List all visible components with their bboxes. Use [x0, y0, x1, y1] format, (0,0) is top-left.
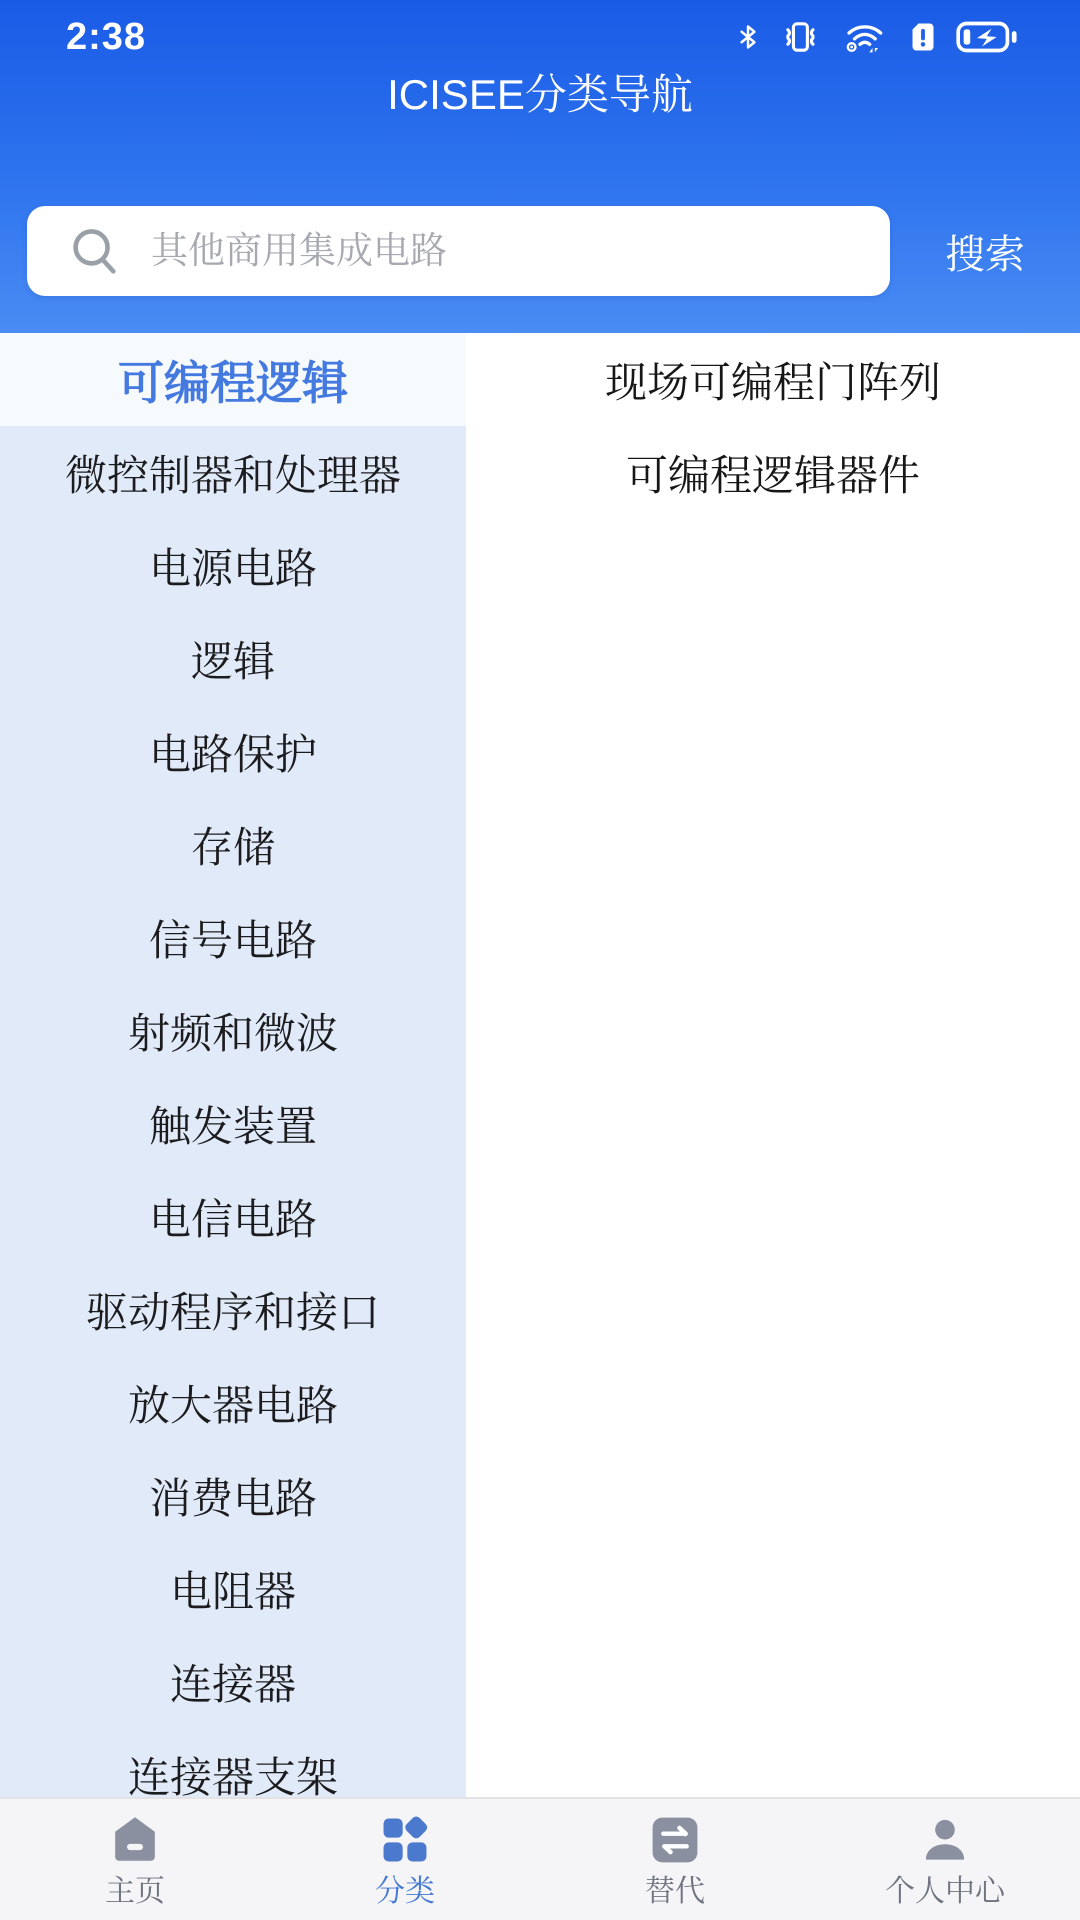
bottom-nav: 主页 分类 替代 [0, 1797, 1080, 1920]
header: 2:38 [0, 0, 1080, 333]
sidebar-item-connectors[interactable]: 连接器 [0, 1635, 466, 1728]
search-input[interactable] [149, 210, 870, 292]
sidebar-item-drivers-interfaces[interactable]: 驱动程序和接口 [0, 1263, 466, 1356]
bluetooth-icon [734, 17, 762, 57]
sidebar-item-programmable-logic[interactable]: 可编程逻辑 [0, 333, 466, 426]
home-icon [105, 1811, 165, 1869]
page-title: ICISEE分类导航 [0, 68, 1080, 122]
sidebar-item-amplifier-circuits[interactable]: 放大器电路 [0, 1356, 466, 1449]
grid-icon [375, 1811, 435, 1869]
sidebar-item-resistors[interactable]: 电阻器 [0, 1542, 466, 1635]
swap-icon [645, 1811, 705, 1869]
wifi-icon [838, 17, 890, 57]
subcategory-item-fpga[interactable]: 现场可编程门阵列 [466, 333, 1080, 426]
battery-charging-icon [956, 18, 1018, 56]
subcategory-panel: 现场可编程门阵列 可编程逻辑器件 [466, 333, 1080, 1797]
nav-item-substitute[interactable]: 替代 [540, 1799, 810, 1920]
status-time: 2:38 [66, 16, 146, 59]
nav-label-home: 主页 [105, 1876, 165, 1908]
category-sidebar: 可编程逻辑 微控制器和处理器 电源电路 逻辑 电路保护 存储 信号电路 射频和微… [0, 333, 466, 1797]
content-area: 可编程逻辑 微控制器和处理器 电源电路 逻辑 电路保护 存储 信号电路 射频和微… [0, 333, 1080, 1797]
status-bar: 2:38 [0, 8, 1080, 60]
sidebar-item-connector-brackets[interactable]: 连接器支架 [0, 1728, 466, 1797]
sidebar-item-consumer-circuits[interactable]: 消费电路 [0, 1449, 466, 1542]
sim-alert-icon [905, 17, 941, 57]
sidebar-item-power-circuits[interactable]: 电源电路 [0, 519, 466, 612]
subcategory-item-pld[interactable]: 可编程逻辑器件 [466, 426, 1080, 519]
nav-label-substitute: 替代 [645, 1876, 705, 1908]
person-icon [915, 1811, 975, 1869]
nav-label-category: 分类 [375, 1876, 435, 1908]
sidebar-item-circuit-protection[interactable]: 电路保护 [0, 705, 466, 798]
status-icons [734, 14, 1018, 60]
nav-item-category[interactable]: 分类 [270, 1799, 540, 1920]
sidebar-item-logic[interactable]: 逻辑 [0, 612, 466, 705]
vibrate-icon [777, 17, 823, 57]
search-row: 搜索 [0, 206, 1080, 296]
sidebar-item-signal-circuits[interactable]: 信号电路 [0, 891, 466, 984]
search-button[interactable]: 搜索 [890, 206, 1080, 296]
nav-item-profile[interactable]: 个人中心 [810, 1799, 1080, 1920]
sidebar-item-memory[interactable]: 存储 [0, 798, 466, 891]
sidebar-item-rf-microwave[interactable]: 射频和微波 [0, 984, 466, 1077]
search-icon [65, 222, 123, 280]
sidebar-item-triggers[interactable]: 触发装置 [0, 1077, 466, 1170]
search-box[interactable] [27, 206, 890, 296]
nav-item-home[interactable]: 主页 [0, 1799, 270, 1920]
sidebar-item-mcu-processors[interactable]: 微控制器和处理器 [0, 426, 466, 519]
nav-label-profile: 个人中心 [885, 1876, 1005, 1908]
app-screen: 2:38 [0, 0, 1080, 1920]
sidebar-item-telecom-circuits[interactable]: 电信电路 [0, 1170, 466, 1263]
